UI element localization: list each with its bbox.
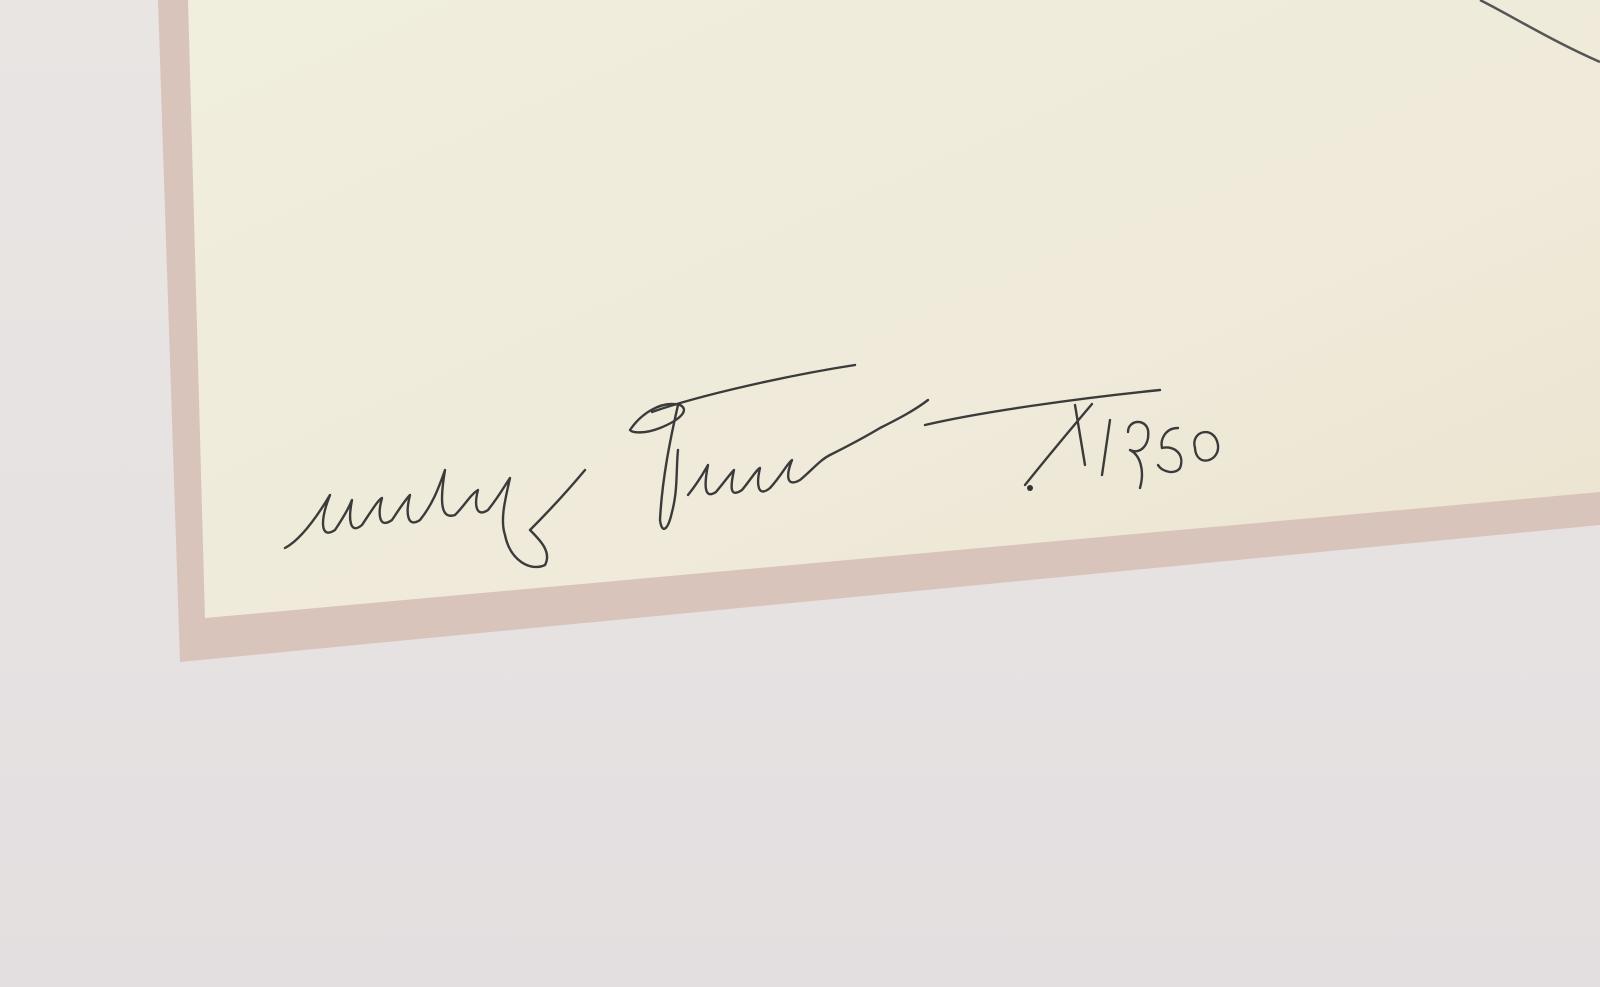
ink-dot <box>1027 485 1033 491</box>
framed-drawing <box>0 0 1600 987</box>
photo-stage <box>0 0 1600 987</box>
